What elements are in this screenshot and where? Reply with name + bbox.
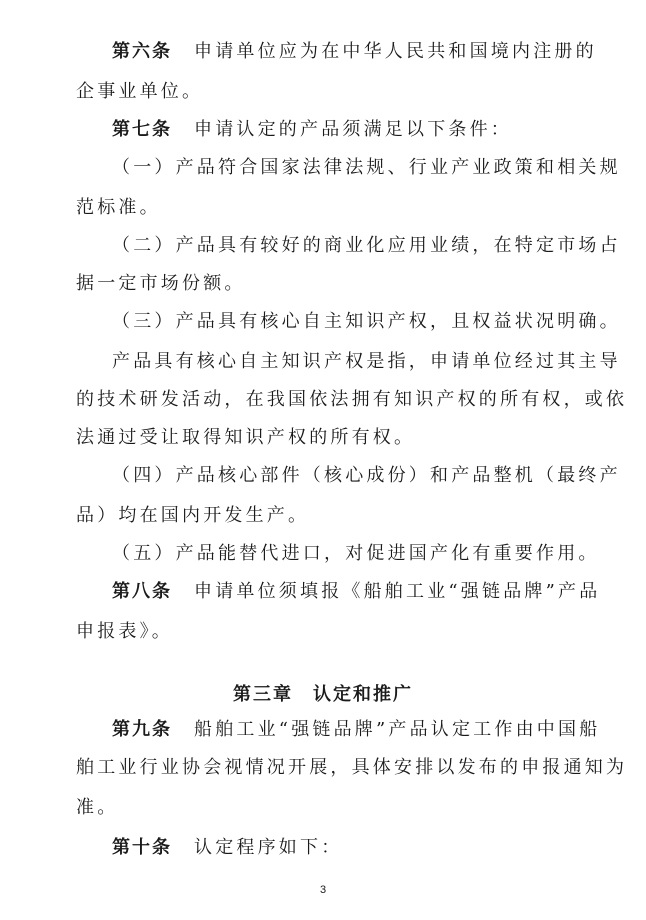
clause-3-line-1: （三）产品具有核心自主知识产权，且权益状况明确。: [112, 310, 621, 334]
clause-4-line-2: 品）均在国内开发生产。: [76, 504, 309, 528]
document-page: 第六条申请单位应为在中华人民共和国境内注册的 企事业单位。 第七条申请认定的产品…: [0, 0, 646, 920]
article-number: 第十条: [112, 837, 172, 858]
article-9-line-3: 准。: [76, 796, 118, 820]
article-number: 第九条: [112, 719, 172, 740]
article-8-line-2: 申报表》。: [76, 620, 173, 644]
article-9-line-2: 舶工业行业协会视情况开展，具体安排以发布的申报通知为: [76, 756, 627, 780]
chapter-heading: 第三章 认定和推广: [0, 680, 646, 706]
article-number: 第六条: [112, 41, 172, 62]
clause-5-line-1: （五）产品能替代进口，对促进国产化有重要作用。: [112, 542, 600, 566]
clause-2-line-1: （二）产品具有较好的商业化应用业绩，在特定市场占: [112, 234, 621, 258]
clause-4-line-1: （四）产品核心部件（核心成份）和产品整机（最终产: [112, 464, 621, 488]
clause-2-line-2: 据一定市场份额。: [76, 272, 246, 296]
page-number: 3: [0, 884, 646, 896]
article-8-line-1: 第八条申请单位须填报《船舶工业“强链品牌”产品: [112, 580, 600, 604]
clause-3-note-line-1: 产品具有核心自主知识产权是指，申请单位经过其主导: [112, 350, 621, 374]
article-number: 第八条: [112, 581, 172, 602]
article-10-line-1: 第十条认定程序如下：: [112, 836, 342, 860]
article-6-line-2: 企事业单位。: [76, 80, 203, 104]
clause-1-line-2: 范标准。: [76, 196, 161, 220]
clause-3-note-line-2: 的技术研发活动，在我国依法拥有知识产权的所有权，或依: [76, 388, 627, 412]
clause-3-note-line-3: 法通过受让取得知识产权的所有权。: [76, 426, 415, 450]
article-6-line-1: 第六条申请单位应为在中华人民共和国境内注册的: [112, 40, 597, 64]
article-7-line-1: 第七条申请认定的产品须满足以下条件：: [112, 118, 512, 142]
clause-1-line-1: （一）产品符合国家法律法规、行业产业政策和相关规: [112, 156, 621, 180]
article-9-line-1: 第九条船舶工业“强链品牌”产品认定工作由中国船: [112, 718, 600, 742]
article-number: 第七条: [112, 119, 172, 140]
